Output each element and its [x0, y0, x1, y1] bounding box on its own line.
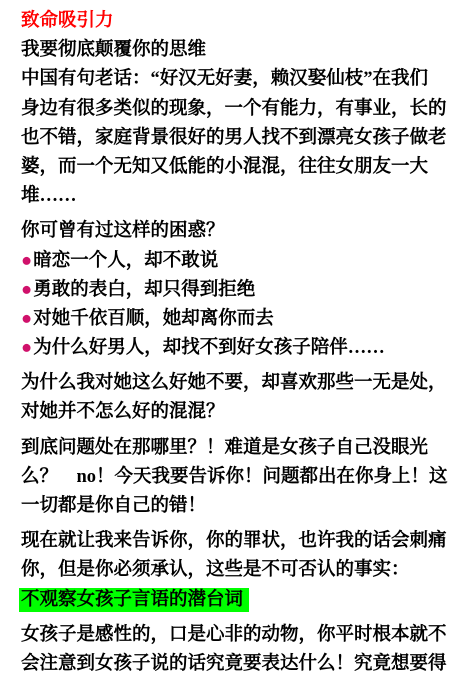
bullet-line: ●勇敢的表白，却只得到拒绝 [21, 276, 446, 305]
bullet-dot-icon: ● [21, 338, 32, 358]
bullet-line: ●暗恋一个人，却不敢说 [21, 247, 446, 276]
highlighted-heading: 不观察女孩子言语的潜台词 [21, 586, 446, 615]
bullet-dot-icon: ● [21, 280, 32, 300]
text-line: 会注意到女孩子说的话究竟要表达什么！究竟想要得 [21, 650, 446, 679]
text-line: 你可曾有过这样的困惑？ [21, 217, 446, 246]
text-line: 你，但是你必须承认，这些是不可否认的事实： [21, 556, 446, 585]
bullet-line-text: 勇敢的表白，却只得到拒绝 [33, 280, 255, 300]
highlighted-heading-text: 不观察女孩子言语的潜台词 [19, 588, 249, 612]
bullet-dot-icon: ● [21, 251, 32, 271]
text-line: 为什么我对她这么好她不要，却喜欢那些一无是处， [21, 369, 446, 398]
text-line: 堆…… [21, 182, 446, 211]
text-line: 对她并不怎么好的混混？ [21, 398, 446, 427]
bullet-line-text: 暗恋一个人，却不敢说 [33, 251, 218, 271]
text-line: 么？ no！今天我要告诉你！问题都出在你身上！这 [21, 463, 446, 492]
text-line: 一切都是你自己的错！ [21, 492, 446, 521]
text-line: 身边有很多类似的现象，一个有能力，有事业，长的 [21, 95, 446, 124]
bullet-line: ●为什么好男人，却找不到好女孩子陪伴…… [21, 334, 446, 363]
text-line: 也不错，家庭背景很好的男人找不到漂亮女孩子做老 [21, 124, 446, 153]
bullet-line-text: 为什么好男人，却找不到好女孩子陪伴…… [33, 338, 385, 358]
document-body: 我要彻底颠覆你的思维中国有句老话：“好汉无好妻，赖汉娶仙枝”在我们身边有很多类似… [21, 36, 446, 679]
bullet-line-text: 对她千依百顺，她却离你而去 [33, 309, 274, 329]
text-line: 现在就让我来告诉你，你的罪状，也许我的话会刺痛 [21, 527, 446, 556]
text-line: 到底问题处在那哪里？！难道是女孩子自己没眼光 [21, 434, 446, 463]
document-page: 致命吸引力 我要彻底颠覆你的思维中国有句老话：“好汉无好妻，赖汉娶仙枝”在我们身… [0, 0, 460, 696]
bullet-line: ●对她千依百顺，她却离你而去 [21, 305, 446, 334]
text-line: 我要彻底颠覆你的思维 [21, 36, 446, 65]
text-line: 婆，而一个无知又低能的小混混，往往女朋友一大 [21, 153, 446, 182]
text-line: 女孩子是感性的，口是心非的动物，你平时根本就不 [21, 621, 446, 650]
bullet-dot-icon: ● [21, 309, 32, 329]
text-line: 中国有句老话：“好汉无好妻，赖汉娶仙枝”在我们 [21, 65, 446, 94]
document-title: 致命吸引力 [21, 7, 446, 36]
